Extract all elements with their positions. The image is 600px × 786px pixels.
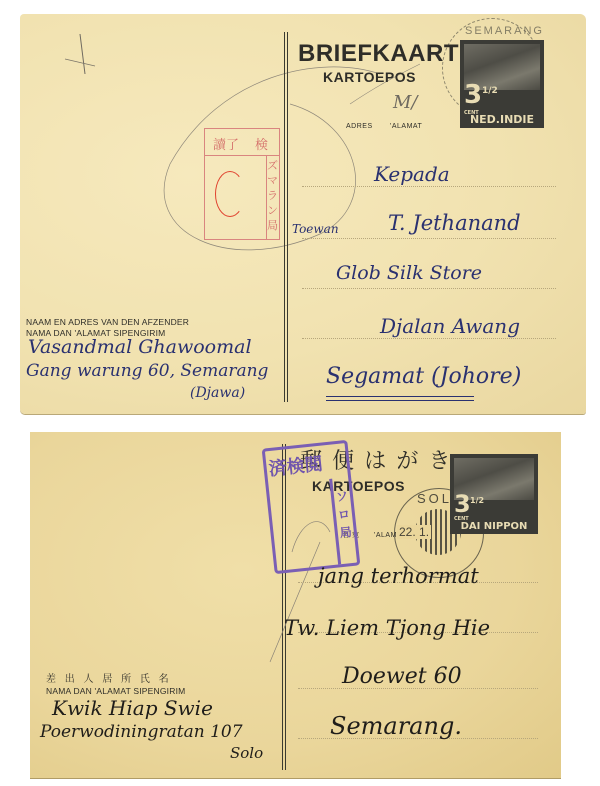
censor-text-right: 検 [255,134,268,153]
sender-label-nl: NAAM EN ADRES VAN DEN AFZENDER [26,317,189,327]
censor-circle-mark [215,171,245,217]
card-subtitle: KARTOEPOS [323,69,416,85]
stamp-fraction: 1/2 [470,496,484,505]
recipient-greeting: jang terhormat [318,564,479,588]
stamp-value: 3 [464,82,482,108]
censor-text-left: 讀了 [213,134,239,153]
recipient-street: Doewet 60 [342,664,462,689]
postmark-text: SEMARANG [465,25,544,37]
sender-name: Kwik Hiap Swie [52,696,213,720]
postcard-dai-nippon: 郵 便 は が き KARTOEPOS 名 宛 'ALAMAT 済検閲 ソロ局 … [30,432,561,778]
sender-label-jp: 差 出 人 居 所 氏 名 [46,670,172,685]
stamp-value: 3 [454,492,471,516]
address-label-alt: 'ALAMAT [390,123,422,130]
postmark-date: 22. 1. [397,525,431,539]
underline [326,396,474,397]
stamp-fraction: 1/2 [482,86,498,96]
stamp-country: DAI NIPPON [452,521,536,532]
postage-stamp: 3 1/2 CENT NED.INDIE [460,40,544,128]
address-line [302,186,556,187]
censor-text-top: 済検閲 [267,450,323,482]
stamp-country: NED.INDIE [462,113,542,126]
divider-line [284,32,285,402]
address-label: ADRES [346,123,373,130]
sender-label-id: NAMA DAN 'ALAMAT SIPENGIRIM [46,686,185,696]
sender-city: Solo [230,744,263,762]
sender-region: (Djawa) [190,385,245,401]
recipient-city: Segamat (Johore) [326,364,521,389]
sender-address: Gang warung 60, Semarang [26,361,268,381]
recipient-title: Toewan [292,222,339,236]
card-title: BRIEFKAART [298,40,459,68]
recipient-name: T. Jethanand [388,211,521,235]
underline [326,400,474,401]
address-line [302,338,556,339]
recipient-name: Tw. Liem Tjong Hie [284,616,490,640]
censor-stamp: 済検閲 ソロ局 [262,440,361,574]
censor-stamp: 讀了 検 ズマラン局 [204,128,280,240]
sender-name: Vasandmal Ghawoomal [28,336,252,358]
divider-line [287,32,288,402]
sender-address: Poerwodiningratan 107 [40,722,243,742]
postcard-nederlands-indie: BRIEFKAART KARTOEPOS M/ ADRES 'ALAMAT SE… [20,14,586,414]
address-line [302,288,556,289]
postage-stamp: 3 1/2 CENT DAI NIPPON [450,454,538,534]
recipient-city: Semarang. [330,712,462,740]
recipient-company: Glob Silk Store [336,262,482,284]
pencil-mark: M/ [393,92,418,113]
recipient-street: Djalan Awang [380,314,520,338]
recipient-greeting: Kepada [374,162,450,186]
address-line [302,238,556,239]
censor-text-side: ズマラン局 [267,159,279,234]
